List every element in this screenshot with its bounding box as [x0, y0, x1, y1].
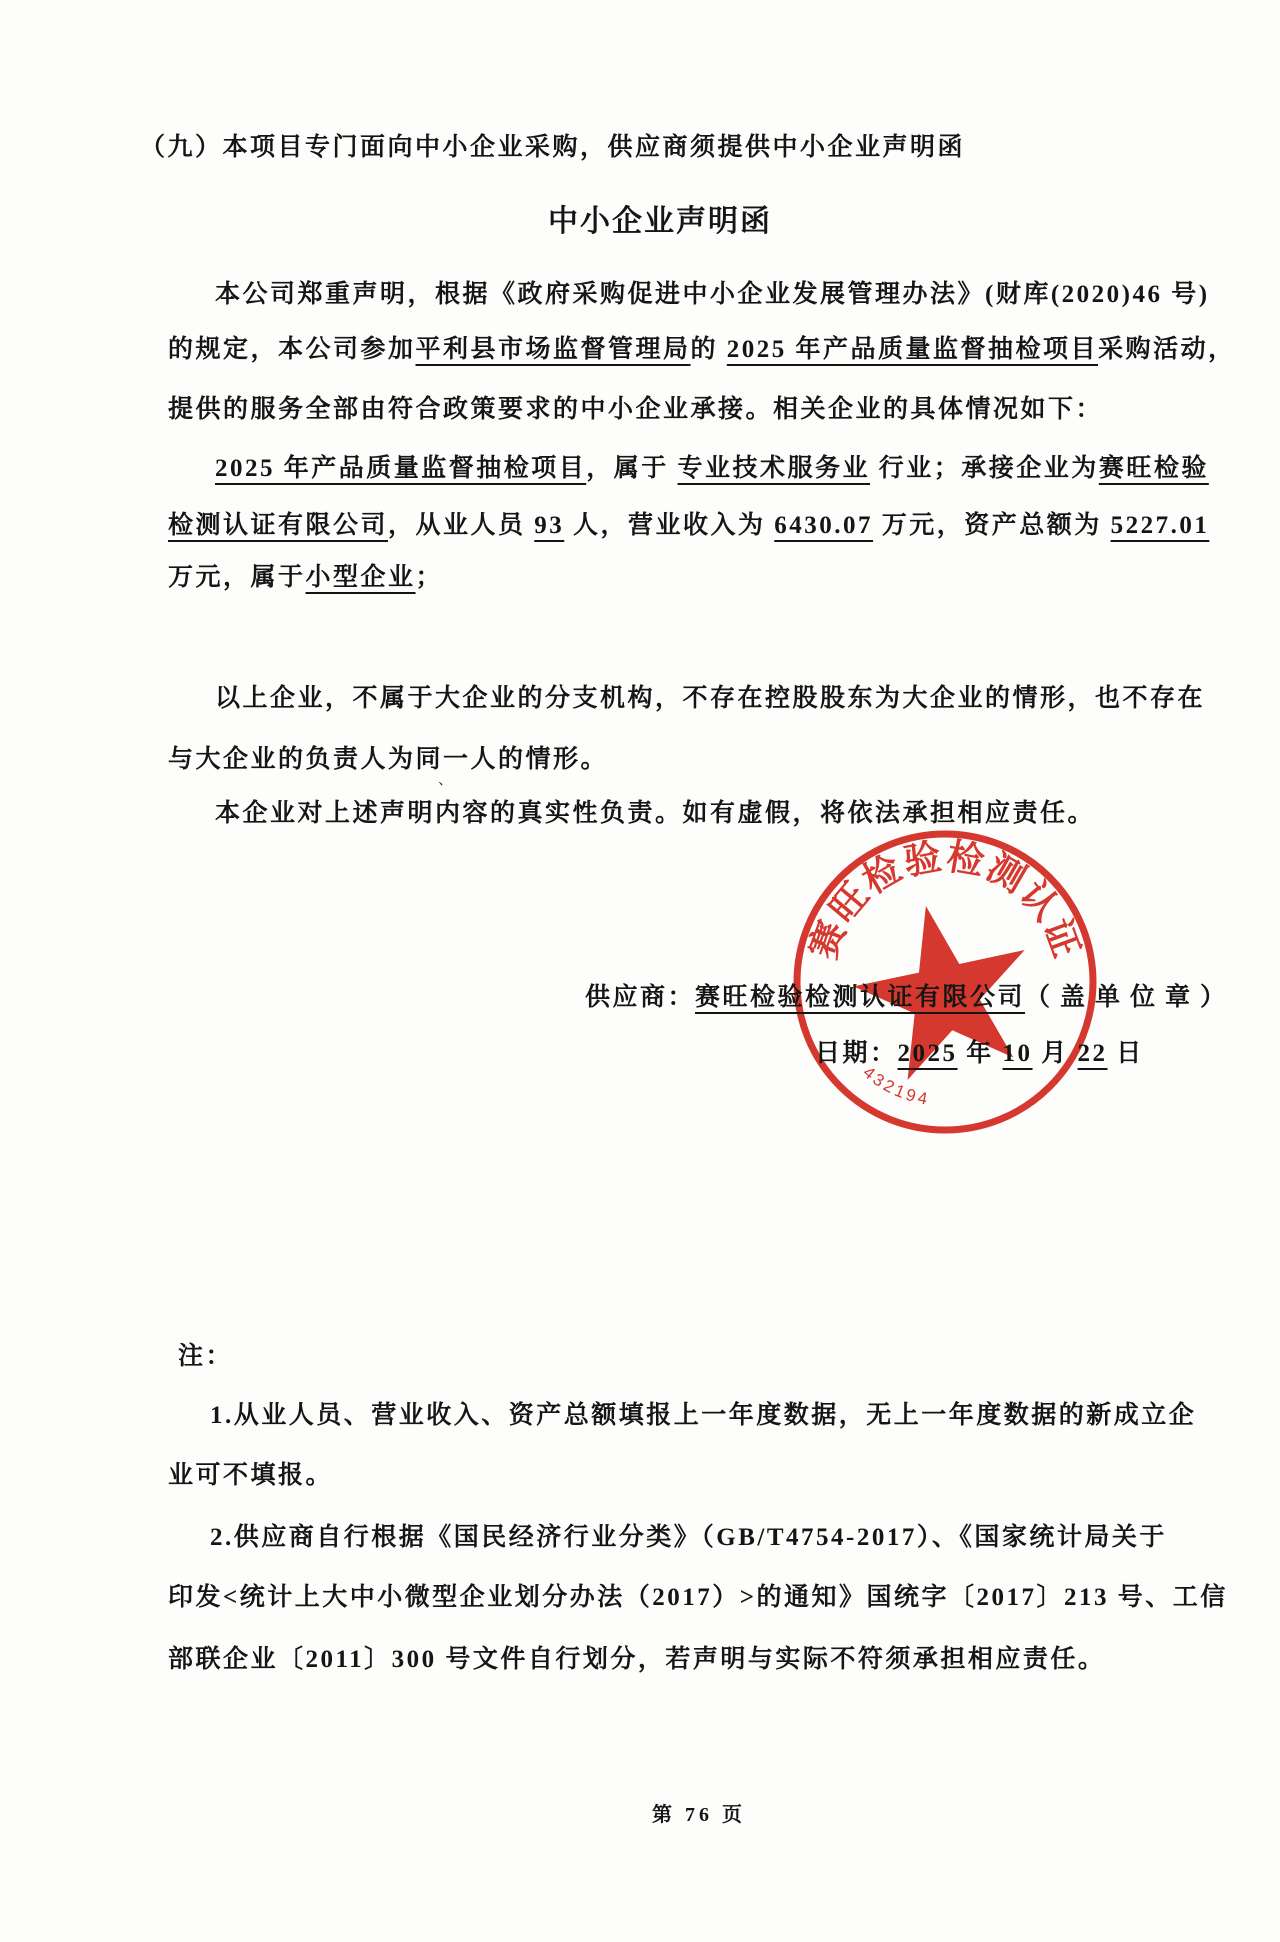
- text-run: 注：: [178, 1343, 233, 1370]
- underlined-company-name: 赛旺检验: [1099, 455, 1209, 482]
- text-run: 采购活动，: [1098, 336, 1236, 363]
- para2-line3: 万元，属于小型企业；: [168, 561, 443, 595]
- text-run: 部联企业〔2011〕300 号文件自行划分，若声明与实际不符须承担相应责任。: [168, 1646, 1105, 1673]
- text-run: ；: [416, 564, 444, 591]
- text-run: ，从业人员: [388, 512, 534, 539]
- text-run: 印发<统计上大中小微型企业划分办法（2017）>的通知》国统字〔2017〕213…: [168, 1584, 1228, 1611]
- text-run: ，属于: [586, 455, 677, 482]
- underlined-employee-count: 93: [534, 512, 564, 539]
- notes-label: 注：: [178, 1340, 233, 1374]
- text-run: 以上企业，不属于大企业的分支机构，不存在控股股东为大企业的情形，也不存在: [215, 685, 1205, 712]
- underlined-supplier-name: 赛旺检验检测认证有限公司: [695, 984, 1025, 1011]
- underlined-company-name: 检测认证有限公司: [168, 512, 388, 539]
- page-title-text: 中小企业声明函: [548, 205, 772, 238]
- scan-artifact-mark: 、: [438, 768, 453, 789]
- stamp-instruction: （盖单位章）: [1025, 984, 1235, 1011]
- note2-line1: 2.供应商自行根据《国民经济行业分类》（GB/T4754-2017）、《国家统计…: [210, 1521, 1167, 1555]
- para2-line2: 检测认证有限公司，从业人员 93 人，营业收入为 6430.07 万元，资产总额…: [168, 509, 1209, 543]
- date-line: 日期：2025 年 10 月 22 日: [815, 1037, 1144, 1071]
- text-run: 业可不填报。: [168, 1462, 333, 1489]
- text-run: 1.从业人员、营业收入、资产总额填报上一年度数据，无上一年度数据的新成立企: [210, 1402, 1196, 1429]
- note2-line2: 印发<统计上大中小微型企业划分办法（2017）>的通知》国统字〔2017〕213…: [168, 1581, 1228, 1615]
- para2-line1: 2025 年产品质量监督抽检项目，属于 专业技术服务业 行业；承接企业为赛旺检验: [215, 452, 1209, 486]
- text-run: 日: [1108, 1040, 1144, 1067]
- date-label: 日期：: [815, 1040, 898, 1067]
- underlined-industry: 专业技术服务业: [678, 455, 871, 482]
- note2-line3: 部联企业〔2011〕300 号文件自行划分，若声明与实际不符须承担相应责任。: [168, 1643, 1105, 1677]
- page-title: 中小企业声明函: [548, 196, 772, 240]
- para3-line1: 以上企业，不属于大企业的分支机构，不存在控股股东为大企业的情形，也不存在: [215, 682, 1205, 716]
- page-number: 第 76 页: [652, 1804, 746, 1826]
- underlined-revenue: 6430.07: [774, 512, 873, 539]
- para1-line1: 本公司郑重声明，根据《政府采购促进中小企业发展管理办法》(财库(2020)46 …: [215, 278, 1210, 312]
- underlined-enterprise-size: 小型企业: [306, 564, 416, 591]
- text-run: 的: [691, 336, 727, 363]
- para3-line2: 与大企业的负责人为同一人的情形。: [168, 743, 608, 777]
- text-run: 万元，资产总额为: [873, 512, 1111, 539]
- text-run: 月: [1033, 1040, 1078, 1067]
- text-run: 年: [958, 1040, 1003, 1067]
- underlined-project-name: 2025 年产品质量监督抽检项目: [727, 336, 1098, 363]
- underlined-project-name: 2025 年产品质量监督抽检项目: [215, 455, 586, 482]
- page-footer: 第 76 页: [652, 1798, 746, 1832]
- note1-line1: 1.从业人员、营业收入、资产总额填报上一年度数据，无上一年度数据的新成立企: [210, 1399, 1196, 1433]
- supplier-line: 供应商：赛旺检验检测认证有限公司（盖单位章）: [585, 981, 1235, 1015]
- para1-line2: 的规定，本公司参加平利县市场监督管理局的 2025 年产品质量监督抽检项目采购活…: [168, 333, 1236, 367]
- text-run: 的规定，本公司参加: [168, 336, 416, 363]
- text-run: 与大企业的负责人为同一人的情形。: [168, 746, 608, 773]
- underlined-month: 10: [1003, 1040, 1033, 1067]
- text-run: 本公司郑重声明，根据《政府采购促进中小企业发展管理办法》(财库(2020)46 …: [215, 281, 1210, 308]
- underlined-day: 22: [1078, 1040, 1108, 1067]
- text-run: 2.供应商自行根据《国民经济行业分类》（GB/T4754-2017）、《国家统计…: [210, 1524, 1167, 1551]
- underlined-buyer-name: 平利县市场监督管理局: [416, 336, 691, 363]
- section-header-text: （九）本项目专门面向中小企业采购，供应商须提供中小企业声明函: [140, 134, 965, 161]
- document-page: （九）本项目专门面向中小企业采购，供应商须提供中小企业声明函 中小企业声明函 本…: [0, 0, 1280, 1942]
- text-run: 提供的服务全部由符合政策要求的中小企业承接。相关企业的具体情况如下：: [168, 396, 1103, 423]
- supplier-label: 供应商：: [585, 984, 695, 1011]
- text-run: 万元，属于: [168, 564, 306, 591]
- para1-line3: 提供的服务全部由符合政策要求的中小企业承接。相关企业的具体情况如下：: [168, 393, 1103, 427]
- section-header: （九）本项目专门面向中小企业采购，供应商须提供中小企业声明函: [140, 131, 965, 165]
- underlined-total-assets: 5227.01: [1111, 512, 1210, 539]
- text-run: 人，营业收入为: [564, 512, 774, 539]
- underlined-year: 2025: [898, 1040, 958, 1067]
- note1-line2: 业可不填报。: [168, 1459, 333, 1493]
- text-run: 行业；承接企业为: [870, 455, 1099, 482]
